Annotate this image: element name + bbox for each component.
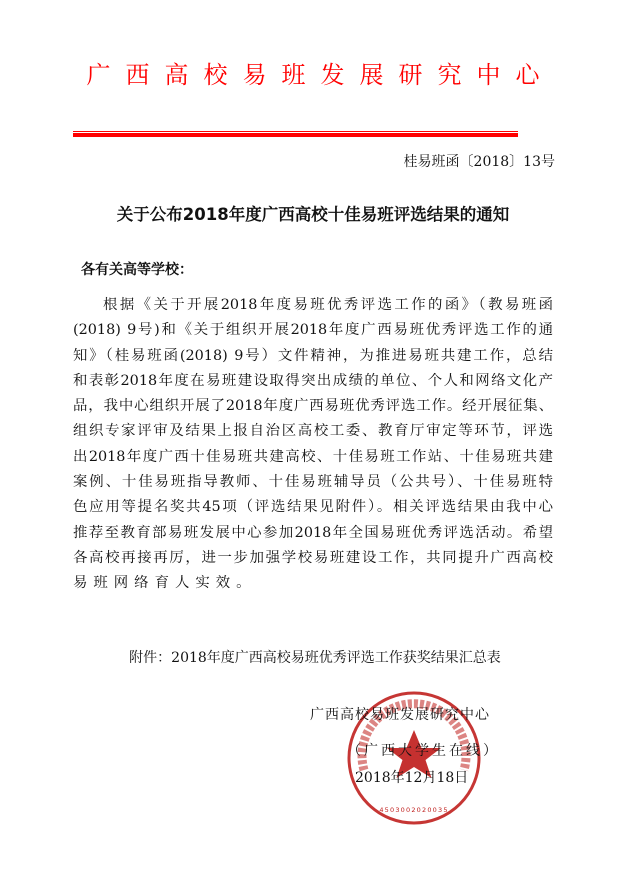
document-number: 桂易班函〔2018〕13号 (404, 152, 555, 172)
org-letterhead-title: 广西高校易班发展研究中心 (0, 60, 626, 90)
body-line: 组织专家评审及结果上报自治区高校工委、教育厅审定等环节，评选 (73, 419, 553, 444)
signature-date: 2018年12月18日 (355, 768, 468, 788)
body-line: 各高校再接再厉，进一步加强学校易班建设工作，共同提升广西高校 (73, 546, 553, 571)
body-line: 品，我中心组织开展了2018年度广西易班优秀评选工作。经开展征集、 (73, 394, 553, 419)
letterhead-rule-thin (73, 131, 518, 132)
notice-body: 根据《关于开展2018年度易班优秀评选工作的函》（教易班函 (2018) 9号)… (73, 293, 553, 597)
body-line: 色应用等提名奖共45项（评选结果见附件）。相关评选结果由我中心 (73, 495, 553, 520)
body-line: 推荐至教育部易班发展中心参加2018年全国易班优秀评选活动。希望 (73, 521, 553, 546)
body-line: 案例、十佳易班指导教师、十佳易班辅导员（公共号）、十佳易班特 (73, 470, 553, 495)
body-line: 易班网络育人实效。 (73, 571, 553, 596)
body-line: 出2018年度广西十佳易班共建高校、十佳易班工作站、十佳易班共建 (73, 445, 553, 470)
body-line: 知》（桂易班函(2018) 9号）文件精神，为推进易班共建工作，总结 (73, 344, 553, 369)
attachment-note: 附件：2018年度广西高校易班优秀评选工作获奖结果汇总表 (0, 648, 626, 668)
letterhead-rule-thick (73, 133, 518, 137)
salutation: 各有关高等学校： (81, 260, 193, 280)
signature-organization: 广西高校易班发展研究中心 (310, 705, 490, 725)
body-line: 根据《关于开展2018年度易班优秀评选工作的函》（教易班函 (73, 293, 553, 318)
seal-serial: 4503002020035 (379, 806, 448, 814)
body-line: 和表彰2018年度在易班建设取得突出成绩的单位、个人和网络文化产 (73, 369, 553, 394)
notice-title: 关于公布2018年度广西高校十佳易班评选结果的通知 (0, 203, 626, 227)
signature-sub-organization: （广西大学生在线） (347, 741, 500, 761)
body-line: (2018) 9号)和《关于组织开展2018年度广西易班优秀评选工作的通 (73, 318, 553, 343)
